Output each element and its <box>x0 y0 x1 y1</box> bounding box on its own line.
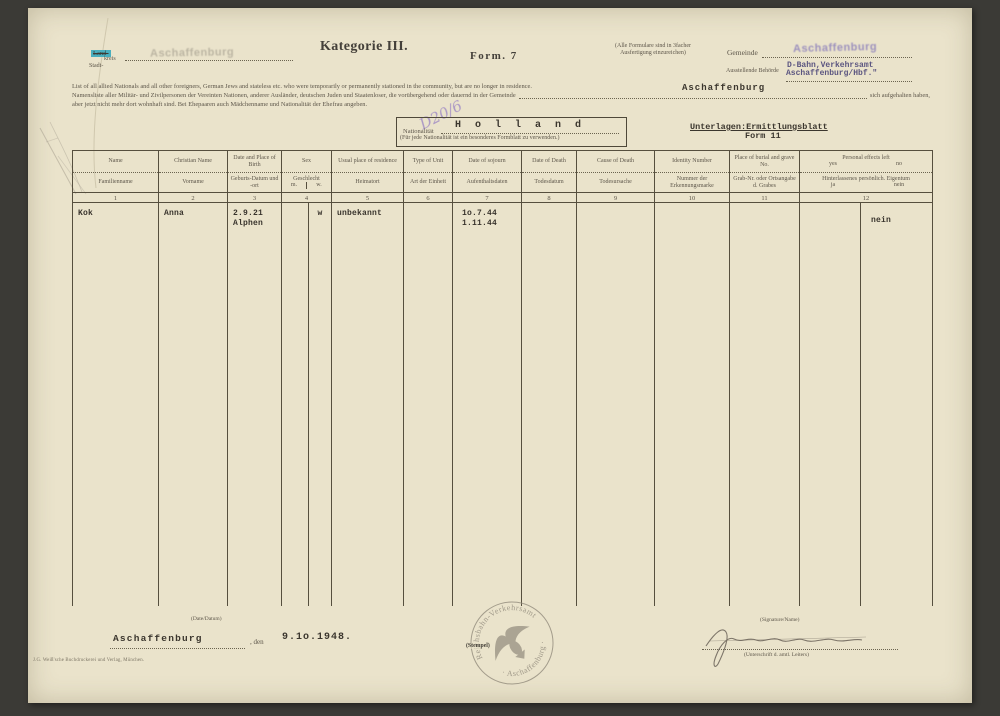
cell-burial <box>729 203 799 606</box>
col-header-sex: Sex Geschlecht m. w. <box>281 150 331 192</box>
col-de: Todesursache <box>598 179 633 186</box>
cell-residence: unbekannt <box>331 203 403 606</box>
kreis-faint-stamp: Aschaffenburg <box>150 46 234 59</box>
form-number: Form. 7 <box>470 50 518 62</box>
cell-sex-w: w <box>308 203 331 606</box>
col-de: Geschlecht <box>292 176 321 183</box>
copies-note: (Alle Formulare sind in 3facher Ausferti… <box>588 43 718 57</box>
nationality-value: H o l l a n d <box>455 120 585 131</box>
col-header-identity: Identity Number Nummer der Erkennungsmar… <box>654 150 729 192</box>
col-de: Heimatort <box>354 179 380 186</box>
scanned-document-screenshot: Land- kreis Aschaffenburg Stadt- Kategor… <box>0 0 1000 716</box>
cell-birth: 2.9.21 Alphen <box>227 203 281 606</box>
col-de: Grab-Nr. oder Ortsangabe d. Grabes <box>730 176 799 189</box>
col-de: Nummer der Erkennungsmarke <box>655 176 729 189</box>
col-header-death-cause: Cause of Death Todesursache <box>576 150 654 192</box>
col-num-2: 2 <box>158 192 227 203</box>
col-de: Hinterlassenes persönlich. Eigentum <box>821 176 911 183</box>
cell-death-date <box>521 203 576 606</box>
col-de: Vorname <box>181 179 205 186</box>
col-en: Date of Death <box>531 158 567 165</box>
col-num-9: 9 <box>576 192 654 203</box>
gemeinde-dotted-line <box>762 56 912 58</box>
col-en: Christian Name <box>173 158 213 165</box>
unterlagen-line2: Form 11 <box>745 131 781 141</box>
effects-sub-nein: nein <box>866 182 932 189</box>
date-dotted-line <box>110 647 245 649</box>
sex-sub-w: w. <box>306 182 331 189</box>
cell-sex-m <box>281 203 308 606</box>
col-num-8: 8 <box>521 192 576 203</box>
cell-identity <box>654 203 729 606</box>
col-de: Geburts-Datum und -ort <box>228 176 281 189</box>
gemeinde-stamp: Aschaffenburg <box>793 41 877 55</box>
col-num-6: 6 <box>403 192 452 203</box>
kreis-label: kreis <box>104 56 116 62</box>
persons-table: Name Familienname Christian Name Vorname… <box>72 150 933 606</box>
cell-name: Kok <box>72 203 158 606</box>
nationality-dotted-line <box>441 132 619 134</box>
date-value: 9.1o.1948. <box>282 632 352 643</box>
col-de: Aufenthaltsdaten <box>466 179 509 186</box>
handwritten-signature <box>700 618 900 668</box>
intro-german-line2: aber jetzt nicht mehr dort wohnhaft sind… <box>72 100 930 109</box>
effects-sub-yes: yes <box>800 161 866 168</box>
col-header-effects: Personal effects left yes no Hinterlasse… <box>799 150 932 192</box>
col-header-residence: Usual place of residence Heimatort <box>331 150 403 192</box>
sex-sub-m: m. <box>282 182 306 189</box>
birth-place: Alphen <box>233 219 281 229</box>
col-en: Date of sojourn <box>467 158 506 165</box>
copies-note-line1: (Alle Formulare sind in 3facher <box>588 43 718 50</box>
effects-sub-no: no <box>866 161 932 168</box>
copies-note-line2: Ausfertigung einzureichen) <box>588 50 718 57</box>
date-city: Aschaffenburg <box>113 633 203 644</box>
sojourn-from: 1o.7.44 <box>462 209 521 219</box>
behoerde-label: Ausstellende Behörde <box>726 68 779 74</box>
col-header-christian-name: Christian Name Vorname <box>158 150 227 192</box>
col-num-4: 4 <box>281 192 331 203</box>
col-header-death-date: Date of Death Todesdatum <box>521 150 576 192</box>
birth-date: 2.9.21 <box>233 209 281 219</box>
signature-sublabel: (Unterschrift d. amtl. Leiters) <box>744 652 809 658</box>
col-en: Type of Unit <box>412 158 445 165</box>
effects-sub-ja: ja <box>800 182 866 189</box>
col-num-12: 12 <box>799 192 932 203</box>
nationality-label: Nationalität <box>403 128 434 135</box>
col-de: Familienname <box>97 179 133 186</box>
col-en: Place of burial and grave No. <box>730 155 799 168</box>
col-num-10: 10 <box>654 192 729 203</box>
nationality-box: Nationalität H o l l a n d (Für jede Nat… <box>396 117 627 147</box>
gemeinde-label: Gemeinde <box>727 48 758 57</box>
col-header-unit: Type of Unit Art der Einheit <box>403 150 452 192</box>
col-en: Identity Number <box>671 158 713 165</box>
col-en: Name <box>107 158 123 165</box>
col-num-5: 5 <box>331 192 403 203</box>
col-header-name: Name Familienname <box>72 150 158 192</box>
cell-death-cause <box>576 203 654 606</box>
behoerde-value-line2: Aschaffenburg/Hbf." <box>786 69 877 78</box>
date-label: (Date/Datum) <box>191 616 222 622</box>
den-label: , den <box>250 638 264 646</box>
col-header-birth: Date and Place of Birth Geburts-Datum un… <box>227 150 281 192</box>
col-de: Todesdatum <box>533 179 564 186</box>
col-header-sojourn: Date of sojourn Aufenthaltsdaten <box>452 150 521 192</box>
col-en: Date and Place of Birth <box>228 155 281 168</box>
intro-german-start: Namensliste aller Militär- und Zivilpers… <box>72 91 516 100</box>
col-en: Personal effects left <box>841 155 891 162</box>
cell-christian-name: Anna <box>158 203 227 606</box>
col-header-burial: Place of burial and grave No. Grab-Nr. o… <box>729 150 799 192</box>
typed-city-overlay: Aschaffenburg <box>682 83 765 93</box>
col-num-11: 11 <box>729 192 799 203</box>
cell-sojourn: 1o.7.44 1.11.44 <box>452 203 521 606</box>
sojourn-to: 1.11.44 <box>462 219 521 229</box>
col-en: Usual place of residence <box>337 158 398 165</box>
col-de: Art der Einheit <box>409 179 447 186</box>
stempel-label: (Stempel) <box>466 643 490 649</box>
page-title: Kategorie III. <box>320 39 408 55</box>
col-en: Cause of Death <box>596 158 635 165</box>
col-num-3: 3 <box>227 192 281 203</box>
stadt-label: Stadt- <box>89 63 103 69</box>
intro-german-line1: Namensliste aller Militär- und Zivilpers… <box>72 91 930 100</box>
cell-effects-no: nein <box>860 203 932 606</box>
cell-effects-yes <box>799 203 860 606</box>
official-round-stamp: Reichsbahn-Verkehrsamt · Aschaffenburg · <box>442 585 582 707</box>
intro-english: List of all allied Nationals and all oth… <box>72 82 930 91</box>
col-num-1: 1 <box>72 192 158 203</box>
col-num-7: 7 <box>452 192 521 203</box>
col-en: Sex <box>301 158 312 165</box>
nationality-note: (Für jede Nationalität ist ein besondere… <box>400 135 622 141</box>
cell-unit <box>403 203 452 606</box>
intro-german-end: sich aufgehalten haben, <box>870 91 930 100</box>
printer-imprint: J.G. Weiß'sche Buchdruckerei und Verlag,… <box>33 658 144 663</box>
